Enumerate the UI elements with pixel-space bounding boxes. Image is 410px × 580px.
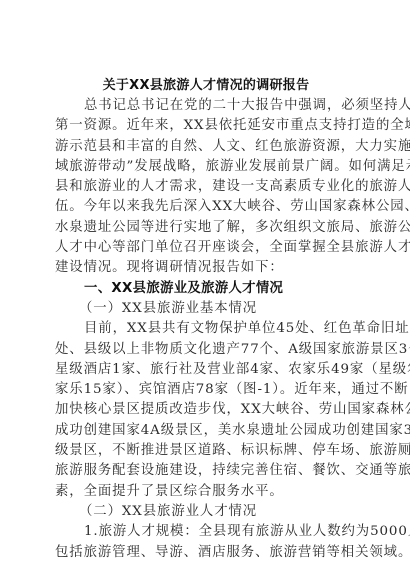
- text-line: 县和旅游业的人才需求，建设一支高素质专业化的旅游人才队: [55, 177, 357, 197]
- text-line: 水泉遗址公园等进行实地了解，多次组织文旅局、旅游公司、: [55, 218, 357, 238]
- text-line: 目前，XX县共有文物保护单位45处、红色革命旧址26: [55, 319, 357, 339]
- text-line: 域旅游带动”发展战略，旅游业发展前景广阔。如何满足示范: [55, 157, 357, 177]
- text-line: 素，全面提升了景区综合服务水平。: [55, 482, 357, 502]
- intro-paragraph: 总书记总书记在党的二十大报告中强调，必须坚持人才是 第一资源。近年来，XX县依托…: [55, 96, 357, 279]
- text-line: 处、县级以上非物质文化遗产77个、A级国家旅游景区3个、: [55, 340, 357, 360]
- document-page: 关于XX县旅游人才情况的调研报告 总书记总书记在党的二十大报告中强调，必须坚持人…: [55, 76, 357, 563]
- text-line: 成功创建国家4A级景区，美水泉遗址公园成功创建国家3A: [55, 421, 357, 441]
- text-line: 总书记总书记在党的二十大报告中强调，必须坚持人才是: [55, 96, 357, 116]
- text-line: 人才中心等部门单位召开座谈会，全面掌握全县旅游人才队伍: [55, 238, 357, 258]
- section-heading: 一、XX县旅游业及旅游人才情况: [55, 279, 357, 299]
- subsection-paragraph: 1.旅游人才规模：全县现有旅游从业人数约为5000人， 包括旅游管理、导游、酒店…: [55, 522, 357, 563]
- text-line: 伍。今年以来我先后深入XX大峡谷、劳山国家森林公园、美: [55, 197, 357, 217]
- text-line: 旅游服务配套设施建设，持续完善住宿、餐饮、交通等旅游要: [55, 461, 357, 481]
- document-title: 关于XX县旅游人才情况的调研报告: [55, 76, 357, 96]
- subsection-heading: （一）XX县旅游业基本情况: [55, 299, 357, 319]
- text-line: 游示范县和丰富的自然、人文、红色旅游资源，大力实施“全: [55, 137, 357, 157]
- subsection-paragraph: 目前，XX县共有文物保护单位45处、红色革命旧址26 处、县级以上非物质文化遗产…: [55, 319, 357, 502]
- text-line: 家乐15家）、宾馆酒店78家（图-1）。近年来，通过不断: [55, 380, 357, 400]
- text-line: 级景区，不断推进景区道路、标识标牌、停车场、旅游厕所等: [55, 441, 357, 461]
- subsection-heading: （二）XX县旅游业人才情况: [55, 502, 357, 522]
- text-line: 加快核心景区提质改造步伐，XX大峡谷、劳山国家森林公园: [55, 400, 357, 420]
- text-line: 第一资源。近年来，XX县依托延安市重点支持打造的全域旅: [55, 116, 357, 136]
- text-line: 包括旅游管理、导游、酒店服务、旅游营销等相关领域。: [55, 543, 357, 563]
- text-line: 1.旅游人才规模：全县现有旅游从业人数约为5000人，: [55, 522, 357, 542]
- text-line: 建设情况。现将调研情况报告如下：: [55, 258, 357, 278]
- text-line: 星级酒店1家、旅行社及营业部4家、农家乐49家（星级农: [55, 360, 357, 380]
